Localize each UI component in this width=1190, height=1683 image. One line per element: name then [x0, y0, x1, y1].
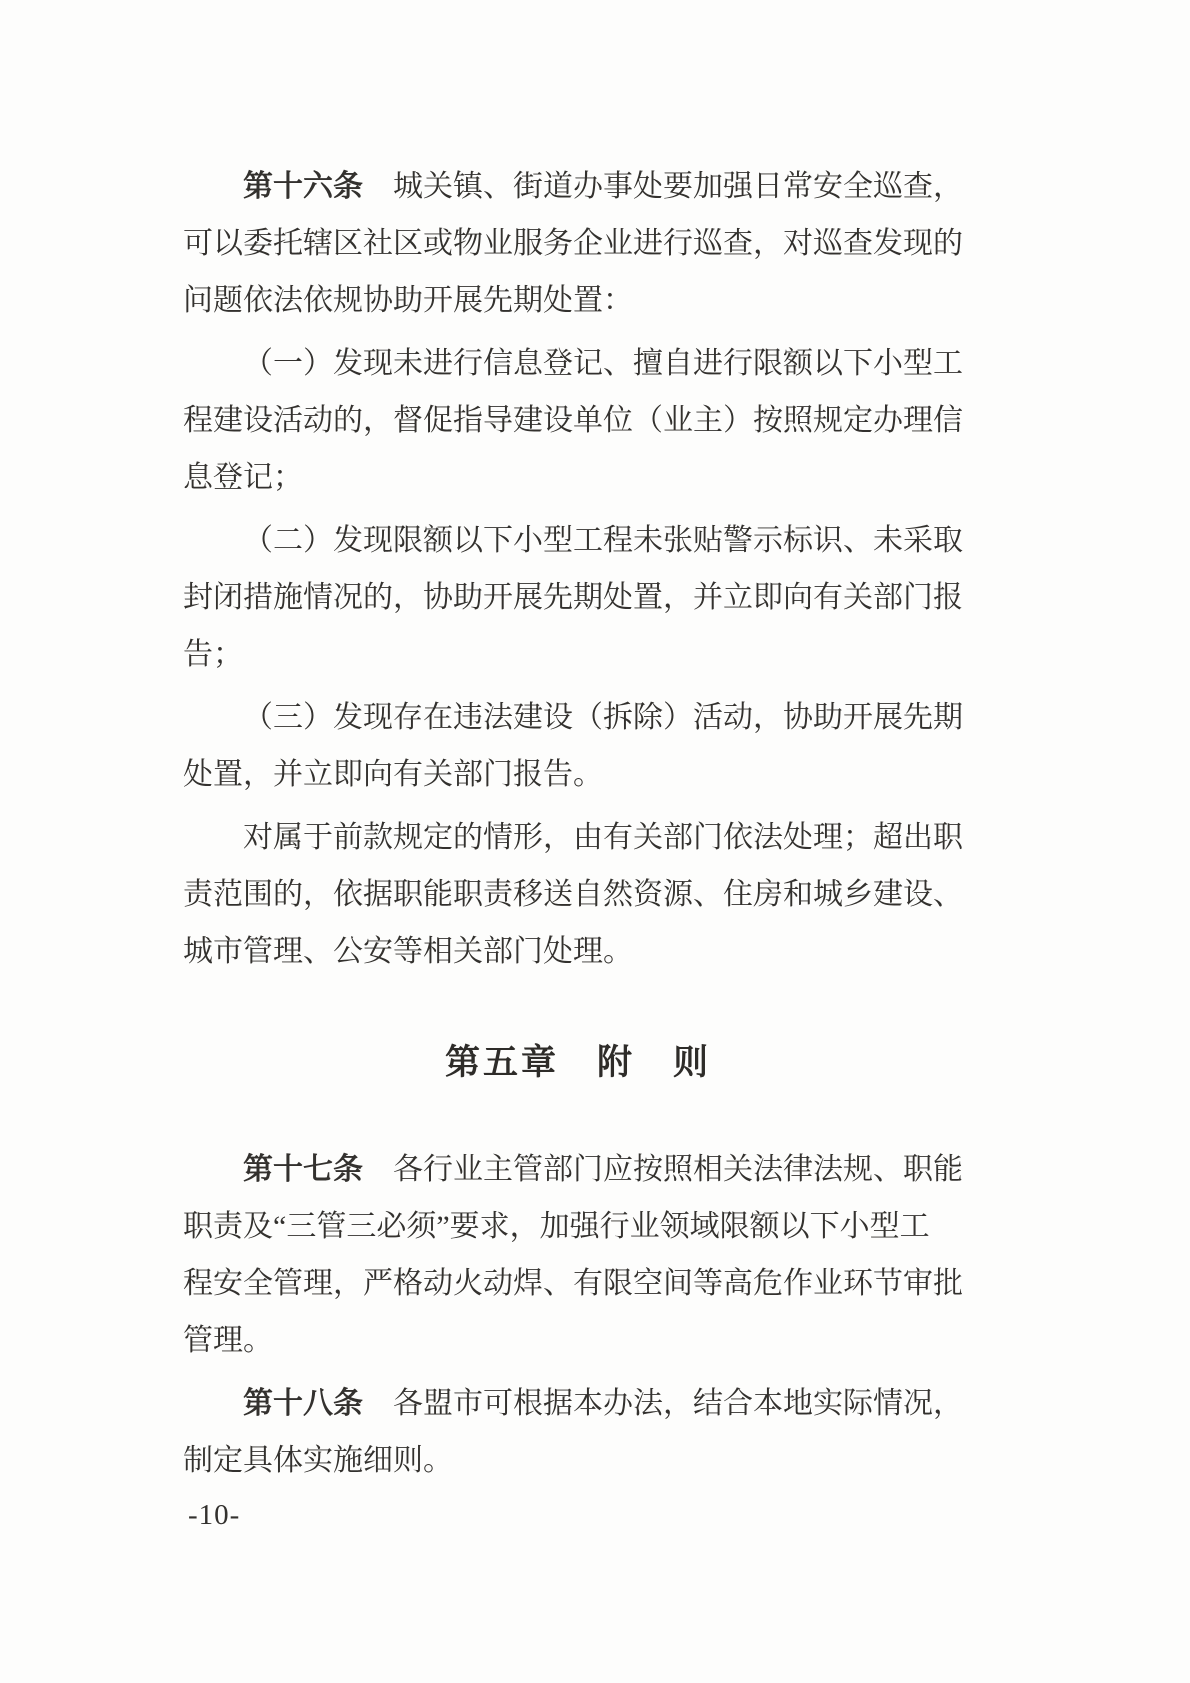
text-line: 第十七条 各行业主管部门应按照相关法律法规、职能	[183, 1141, 973, 1198]
article-16-item-1: （一）发现未进行信息登记、擅自进行限额以下小型工程建设活动的，督促指导建设单位（…	[183, 335, 973, 506]
text-line: 可以委托辖区社区或物业服务企业进行巡查，对巡查发现的	[183, 215, 973, 272]
text-line: 处置，并立即向有关部门报告。	[183, 746, 973, 803]
text-line: （一）发现未进行信息登记、擅自进行限额以下小型工	[183, 335, 973, 392]
article-18: 第十八条 各盟市可根据本办法，结合本地实际情况，制定具体实施细则。	[183, 1375, 973, 1489]
article-number: 第十八条	[243, 1387, 363, 1420]
text-line: 息登记；	[183, 449, 973, 506]
text-line: （三）发现存在违法建设（拆除）活动，协助开展先期	[183, 689, 973, 746]
text-line: 对属于前款规定的情形，由有关部门依法处理；超出职	[183, 809, 973, 866]
text-line: 制定具体实施细则。	[183, 1432, 973, 1489]
text-line: （二）发现限额以下小型工程未张贴警示标识、未采取	[183, 512, 973, 569]
article-number: 第十六条	[243, 170, 363, 203]
text-line: 程安全管理，严格动火动焊、有限空间等高危作业环节审批	[183, 1255, 973, 1312]
document-body: 第十六条 城关镇、街道办事处要加强日常安全巡查，可以委托辖区社区或物业服务企业进…	[183, 158, 973, 1495]
text-line: 管理。	[183, 1312, 973, 1369]
text-line: 城市管理、公安等相关部门处理。	[183, 923, 973, 980]
text-line: 告；	[183, 626, 973, 683]
text-line: 职责及“三管三必须”要求，加强行业领域限额以下小型工	[183, 1198, 973, 1255]
article-17: 第十七条 各行业主管部门应按照相关法律法规、职能职责及“三管三必须”要求，加强行…	[183, 1141, 973, 1369]
article-16-item-2: （二）发现限额以下小型工程未张贴警示标识、未采取封闭措施情况的，协助开展先期处置…	[183, 512, 973, 683]
article-number: 第十七条	[243, 1153, 363, 1186]
document-page: 第十六条 城关镇、街道办事处要加强日常安全巡查，可以委托辖区社区或物业服务企业进…	[0, 0, 1190, 1683]
article-16: 第十六条 城关镇、街道办事处要加强日常安全巡查，可以委托辖区社区或物业服务企业进…	[183, 158, 973, 329]
article-16-closing-clause: 对属于前款规定的情形，由有关部门依法处理；超出职责范围的，依据职能职责移送自然资…	[183, 809, 973, 980]
article-16-item-3: （三）发现存在违法建设（拆除）活动，协助开展先期处置，并立即向有关部门报告。	[183, 689, 973, 803]
chapter-5-heading: 第五章 附 则	[183, 1034, 973, 1091]
text-line: 责范围的，依据职能职责移送自然资源、住房和城乡建设、	[183, 866, 973, 923]
text-line: 封闭措施情况的，协助开展先期处置，并立即向有关部门报	[183, 569, 973, 626]
text-line: 程建设活动的，督促指导建设单位（业主）按照规定办理信	[183, 392, 973, 449]
text-line: 第十六条 城关镇、街道办事处要加强日常安全巡查，	[183, 158, 973, 215]
page-number: -10-	[188, 1498, 240, 1532]
text-line: 问题依法依规协助开展先期处置：	[183, 272, 973, 329]
text-line: 第十八条 各盟市可根据本办法，结合本地实际情况，	[183, 1375, 973, 1432]
